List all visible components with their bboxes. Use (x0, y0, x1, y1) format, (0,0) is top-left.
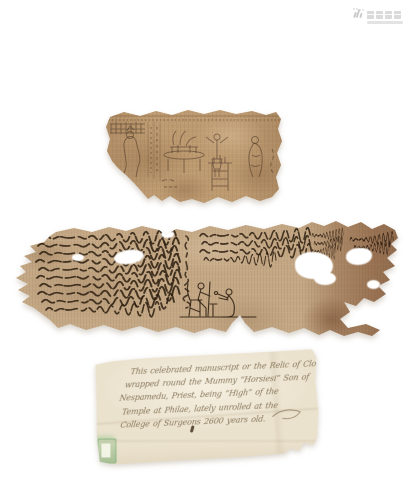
photo-canvas: This celebrated manuscript or the Relic … (0, 0, 413, 500)
vignette-drawings (104, 107, 284, 204)
papyrus-fragment-middle-body (14, 220, 400, 337)
torn-hole (161, 231, 174, 238)
seated-figure-vignette (180, 282, 256, 317)
ink-flourish (270, 406, 307, 423)
papyrus-fragment-top-body (104, 107, 284, 204)
watermark-char-block (367, 11, 374, 19)
watermark-char-block (376, 11, 383, 19)
watermark-char-block (385, 11, 392, 19)
torn-hole (367, 280, 380, 289)
watermark-logo-icon (352, 7, 365, 19)
watermark (352, 6, 410, 24)
ink-fleck (190, 425, 195, 433)
papyrus-fragment-middle (14, 220, 400, 337)
torn-hole (314, 272, 336, 285)
papyrus-fragment-top (104, 107, 284, 204)
left-script-block (36, 230, 181, 317)
handwritten-label: This celebrated manuscript or the Relic … (92, 349, 322, 467)
green-stamp (97, 439, 116, 464)
watermark-char-block (394, 11, 401, 19)
watermark-row (352, 6, 410, 19)
label-paper: This celebrated manuscript or the Relic … (92, 349, 322, 467)
watermark-subtext-line (367, 21, 403, 24)
torn-hole (72, 254, 84, 261)
